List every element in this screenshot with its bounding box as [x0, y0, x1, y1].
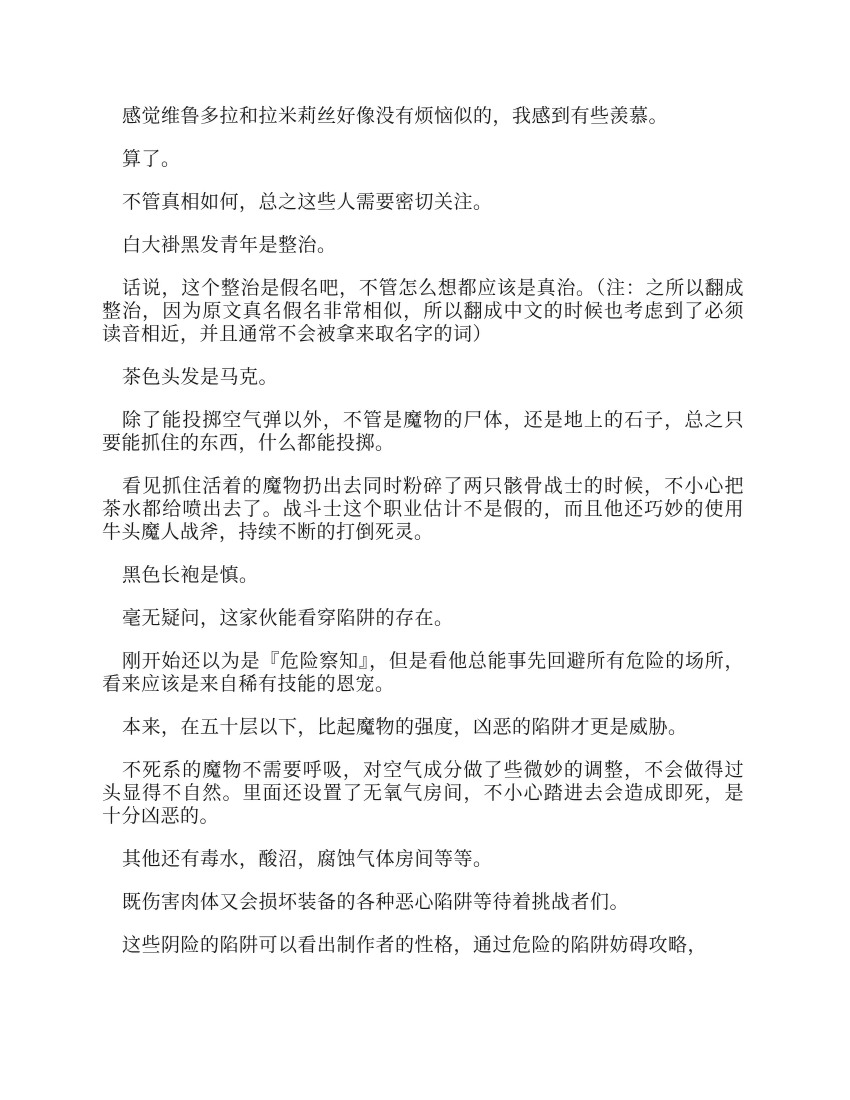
paragraph: 不管真相如何，总之这些人需要密切关注。: [102, 191, 744, 214]
paragraph: 既伤害肉体又会损坏装备的各种恶心陷阱等待着挑战者们。: [102, 891, 744, 914]
paragraph: 不死系的魔物不需要呼吸，对空气成分做了些微妙的调整，不会做得过头显得不自然。里面…: [102, 759, 744, 828]
paragraph: 其他还有毒水，酸沼，腐蚀气体房间等等。: [102, 848, 744, 871]
paragraph: 话说，这个整治是假名吧，不管怎么想都应该是真治。（注：之所以翻成整治，因为原文真…: [102, 277, 744, 346]
paragraph: 感觉维鲁多拉和拉米莉丝好像没有烦恼似的，我感到有些羡慕。: [102, 105, 744, 128]
paragraph: 白大褂黑发青年是整治。: [102, 234, 744, 257]
paragraph: 这些阴险的陷阱可以看出制作者的性格，通过危险的陷阱妨碍攻略，: [102, 934, 744, 957]
paragraph: 算了。: [102, 148, 744, 171]
document-body: 感觉维鲁多拉和拉米莉丝好像没有烦恼似的，我感到有些羡慕。 算了。 不管真相如何，…: [102, 105, 744, 977]
paragraph: 黑色长袍是慎。: [102, 564, 744, 587]
paragraph: 毫无疑问，这家伙能看穿陷阱的存在。: [102, 607, 744, 630]
paragraph: 除了能投掷空气弹以外，不管是魔物的尸体，还是地上的石子，总之只要能抓住的东西，什…: [102, 409, 744, 455]
document-page: 感觉维鲁多拉和拉米莉丝好像没有烦恼似的，我感到有些羡慕。 算了。 不管真相如何，…: [0, 0, 850, 1100]
paragraph: 本来，在五十层以下，比起魔物的强度，凶恶的陷阱才更是威胁。: [102, 716, 744, 739]
paragraph: 茶色头发是马克。: [102, 366, 744, 389]
paragraph: 看见抓住活着的魔物扔出去同时粉碎了两只骸骨战士的时候，不小心把茶水都给喷出去了。…: [102, 475, 744, 544]
paragraph: 刚开始还以为是『危险察知』，但是看他总能事先回避所有危险的场所，看来应该是来自稀…: [102, 650, 744, 696]
